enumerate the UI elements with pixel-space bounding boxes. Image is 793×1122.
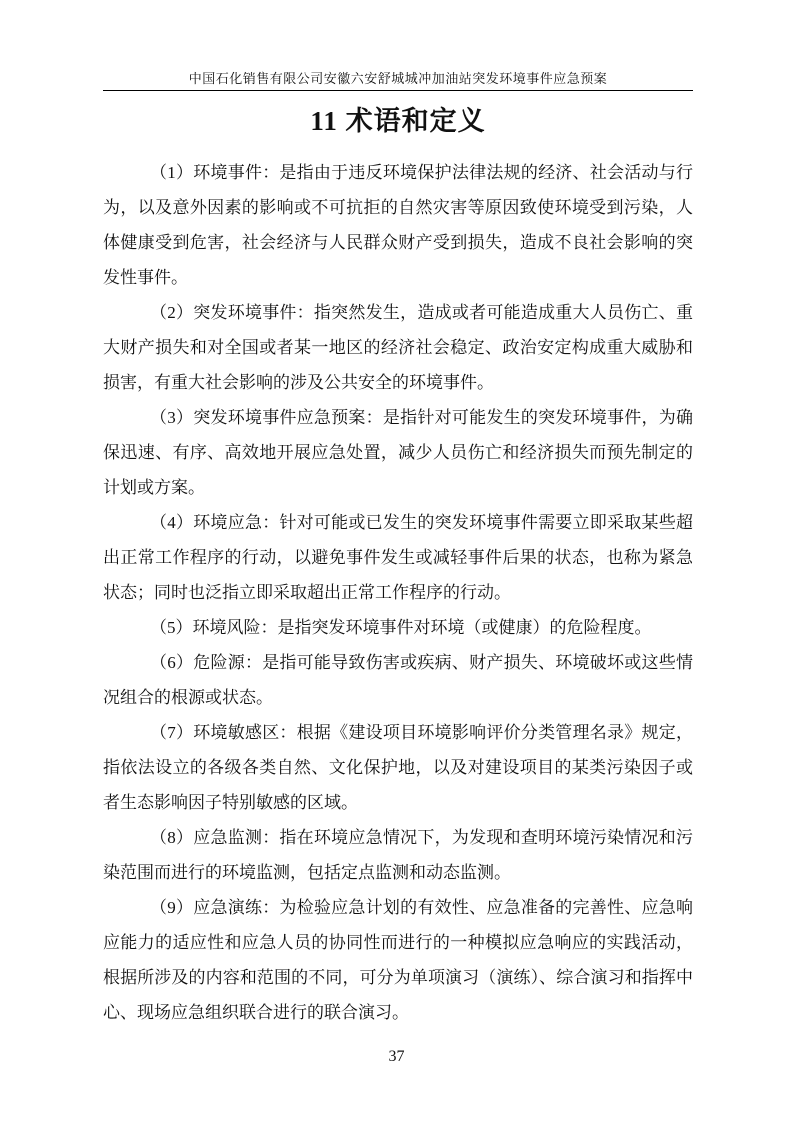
term-definition-6: （6）危险源：是指可能导致伤害或疾病、财产损失、环境破坏或这些情况组合的根源或状… [103,645,693,715]
document-page: 中国石化销售有限公司安徽六安舒城城冲加油站突发环境事件应急预案 11 术语和定义… [0,0,793,1122]
document-body: （1）环境事件：是指由于违反环境保护法律法规的经济、社会活动与行为，以及意外因素… [103,155,693,1030]
term-definition-8: （8）应急监测：指在环境应急情况下，为发现和查明环境污染情况和污染范围而进行的环… [103,820,693,890]
page-footer: 37 [0,1048,793,1066]
page-number: 37 [389,1048,405,1065]
header-text: 中国石化销售有限公司安徽六安舒城城冲加油站突发环境事件应急预案 [189,71,608,86]
term-definition-2: （2）突发环境事件：指突然发生，造成或者可能造成重大人员伤亡、重大财产损失和对全… [103,295,693,400]
term-definition-9: （9）应急演练：为检验应急计划的有效性、应急准备的完善性、应急响应能力的适应性和… [103,890,693,1030]
term-definition-4: （4）环境应急：针对可能或已发生的突发环境事件需要立即采取某些超出正常工作程序的… [103,505,693,610]
term-definition-7: （7）环境敏感区：根据《建设项目环境影响评价分类管理名录》规定，指依法设立的各级… [103,715,693,820]
term-definition-5: （5）环境风险：是指突发环境事件对环境（或健康）的危险程度。 [103,610,693,645]
term-definition-1: （1）环境事件：是指由于违反环境保护法律法规的经济、社会活动与行为，以及意外因素… [103,155,693,295]
page-header: 中国石化销售有限公司安徽六安舒城城冲加油站突发环境事件应急预案 [103,0,693,91]
section-title: 11 术语和定义 [103,103,693,139]
term-definition-3: （3）突发环境事件应急预案：是指针对可能发生的突发环境事件，为确保迅速、有序、高… [103,400,693,505]
